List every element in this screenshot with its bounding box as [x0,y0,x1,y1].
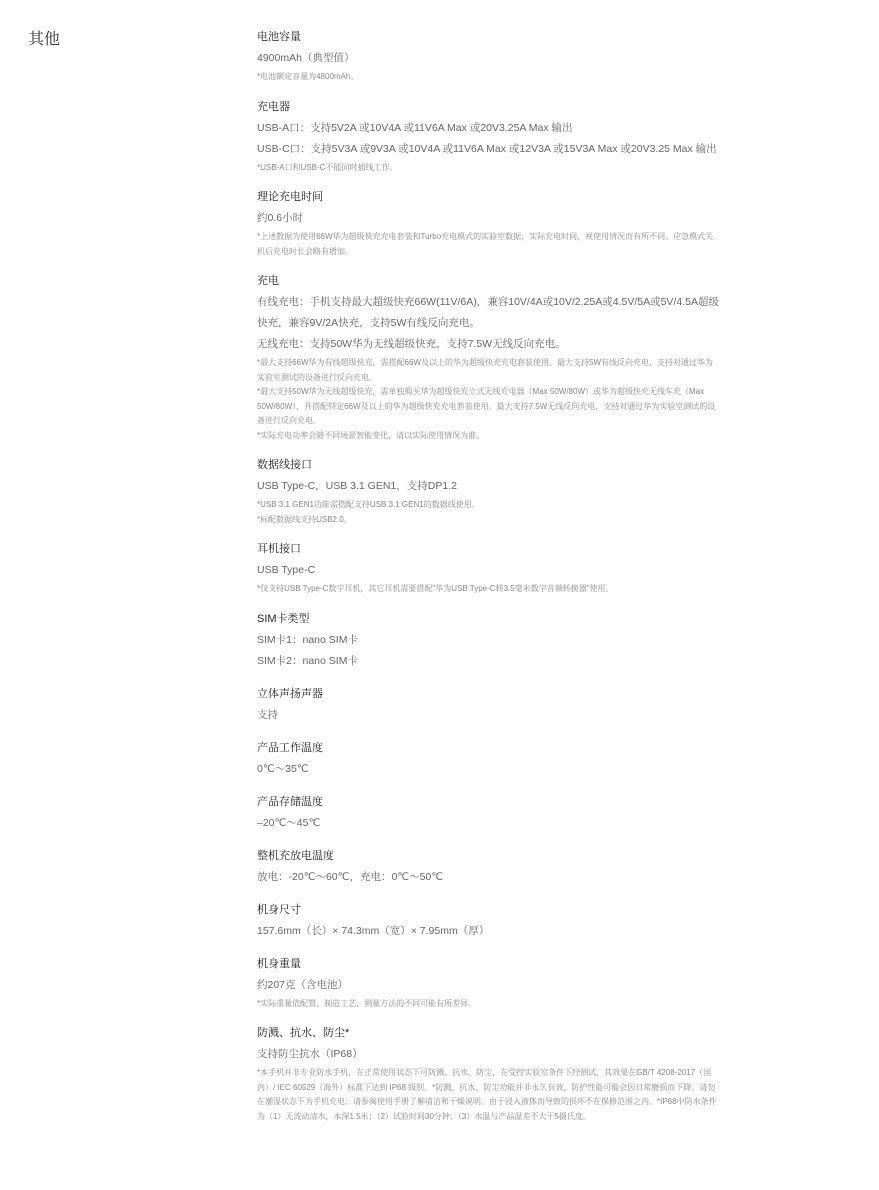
section-title: 其他 [28,29,60,51]
spec-note: *最大支持66W华为有线超级快充，需搭配66W及以上的华为超级快充充电套装使用。… [257,356,719,385]
spec-water-dust-resistance: 防溅、抗水、防尘* 支持防尘抗水（IP68） *本手机并非专业防水手机，在正常使… [257,1024,719,1124]
spec-heading: 理论充电时间 [257,188,719,206]
spec-charging: 充电 有线充电：手机支持最大超级快充66W(11V/6A)，兼容10V/4A或1… [257,272,719,443]
spec-value: SIM卡1：nano SIM卡 [257,630,719,651]
spec-sim-type: SIM卡类型 SIM卡1：nano SIM卡 SIM卡2：nano SIM卡 [257,610,719,672]
spec-heading: 产品工作温度 [257,739,719,757]
spec-list: 电池容量 4900mAh（典型值） *电池额定容量为4800mAh。 充电器 U… [257,28,719,1137]
spec-note: *实际充电功率会随不同场景智能变化，请以实际使用情况为准。 [257,429,719,444]
spec-storage-temp: 产品存储温度 –20℃～45℃ [257,793,719,834]
spec-value: 支持 [257,705,719,726]
spec-heading: 机身尺寸 [257,901,719,919]
spec-note: *上述数据为使用66W华为超级快充充电套装和Turbo充电模式的实验室数据，实际… [257,230,719,259]
spec-heading: 产品存储温度 [257,793,719,811]
spec-charger: 充电器 USB-A口：支持5V2A 或10V4A 或11V6A Max 或20V… [257,98,719,176]
spec-value: 无线充电：支持50W华为无线超级快充，支持7.5W无线反向充电。 [257,334,719,355]
spec-charge-discharge-temp: 整机充放电温度 放电：-20℃～60℃，充电：0℃～50℃ [257,847,719,888]
spec-note: *最大支持50W华为无线超级快充，需单独购买华为超级快充立式无线充电器（Max … [257,385,719,429]
spec-value: USB-C口：支持5V3A 或9V3A 或10V4A 或11V6A Max 或1… [257,139,719,160]
spec-heading: SIM卡类型 [257,610,719,628]
spec-note: *实际重量依配置、制造工艺、测量方法的不同可能有所差异。 [257,997,719,1012]
spec-value: 约0.6小时 [257,208,719,229]
spec-heading: 机身重量 [257,955,719,973]
spec-note: *电池额定容量为4800mAh。 [257,70,719,85]
spec-headphone-port: 耳机接口 USB Type-C *仅支持USB Type-C数字耳机，其它耳机需… [257,540,719,597]
spec-value: 支持防尘抗水（IP68） [257,1044,719,1065]
spec-data-port: 数据线接口 USB Type-C，USB 3.1 GEN1，支持DP1.2 *U… [257,456,719,527]
spec-note: *标配数据线支持USB2.0。 [257,513,719,528]
spec-value: 4900mAh（典型值） [257,48,719,69]
spec-heading: 防溅、抗水、防尘* [257,1024,719,1042]
spec-heading: 电池容量 [257,28,719,46]
spec-heading: 整机充放电温度 [257,847,719,865]
spec-value: USB Type-C [257,560,719,581]
spec-charging-time: 理论充电时间 约0.6小时 *上述数据为使用66W华为超级快充充电套装和Turb… [257,188,719,259]
spec-dimensions: 机身尺寸 157.6mm（长）× 74.3mm（宽）× 7.95mm（厚） [257,901,719,942]
spec-operating-temp: 产品工作温度 0℃～35℃ [257,739,719,780]
spec-note: *本手机并非专业防水手机，在正常使用状态下可防溅、抗水、防尘，在受控实验室条件下… [257,1066,719,1124]
spec-heading: 立体声扬声器 [257,685,719,703]
spec-battery-capacity: 电池容量 4900mAh（典型值） *电池额定容量为4800mAh。 [257,28,719,85]
spec-value: USB-A口：支持5V2A 或10V4A 或11V6A Max 或20V3.25… [257,118,719,139]
spec-note: *USB 3.1 GEN1功能需搭配支持USB 3.1 GEN1的数据线使用。 [257,498,719,513]
spec-value: 0℃～35℃ [257,759,719,780]
spec-value: 放电：-20℃～60℃，充电：0℃～50℃ [257,867,719,888]
spec-note: *仅支持USB Type-C数字耳机，其它耳机需要搭配"华为USB Type-C… [257,582,719,597]
spec-heading: 数据线接口 [257,456,719,474]
spec-weight: 机身重量 约207克（含电池） *实际重量依配置、制造工艺、测量方法的不同可能有… [257,955,719,1012]
spec-value: 157.6mm（长）× 74.3mm（宽）× 7.95mm（厚） [257,921,719,942]
spec-value: USB Type-C，USB 3.1 GEN1，支持DP1.2 [257,476,719,497]
spec-value: –20℃～45℃ [257,813,719,834]
spec-heading: 耳机接口 [257,540,719,558]
spec-heading: 充电器 [257,98,719,116]
spec-heading: 充电 [257,272,719,290]
spec-value: 约207克（含电池） [257,975,719,996]
spec-value: SIM卡2：nano SIM卡 [257,651,719,672]
spec-value: 有线充电：手机支持最大超级快充66W(11V/6A)，兼容10V/4A或10V/… [257,292,719,334]
spec-stereo-speaker: 立体声扬声器 支持 [257,685,719,726]
spec-note: *USB-A口和USB-C不能同时插线工作。 [257,161,719,176]
